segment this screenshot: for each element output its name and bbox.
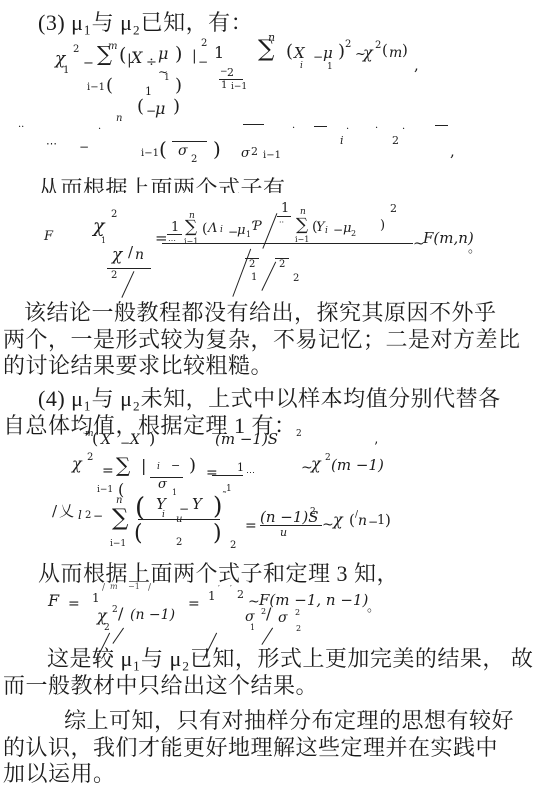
- formula-fragment: 2: [295, 609, 300, 617]
- formula-fragment: 1: [145, 86, 152, 97]
- formula-fragment: /: [52, 504, 57, 519]
- para-summary-line-2: 的认识，我们才能更好地理解这些定理并在实践中: [3, 735, 498, 761]
- formula-fragment: X: [294, 46, 305, 61]
- formula-fragment: (n −1): [130, 608, 175, 622]
- formula-slash: [261, 627, 273, 645]
- formula-fragment: 2: [237, 589, 244, 600]
- formula-fragment: 1: [63, 66, 69, 76]
- formula-fragment: X: [130, 433, 140, 447]
- formula-fragment: −: [198, 56, 208, 68]
- formula-fragment: X: [131, 50, 142, 66]
- formula-bar: [107, 268, 151, 269]
- formula-fragment: 2: [111, 271, 117, 281]
- formula-fragment: χ: [363, 45, 373, 61]
- formula-fragment: −1: [128, 583, 140, 591]
- para-conclusion-line-2: 两个，一是形式较为复杂，不易记忆；二是对方差比: [3, 327, 521, 353]
- formula-fragment: χ: [72, 456, 82, 472]
- formula-fragment: (: [106, 77, 113, 95]
- formula-bar: [243, 124, 264, 125]
- formula-fragment: ): [173, 98, 180, 116]
- formula-fragment: 1: [246, 231, 251, 239]
- formula-fragment: 1: [92, 592, 100, 604]
- formula-fragment: i: [325, 227, 328, 236]
- formula-fragment: Y: [316, 221, 325, 234]
- formula-fragment: ’: [374, 441, 378, 454]
- formula-fragment: 2: [325, 454, 331, 463]
- formula-fragment: 1: [281, 202, 289, 215]
- formula-fragment: −: [120, 437, 130, 449]
- formula-fragment: l: [78, 509, 82, 521]
- formula-fragment: 乂: [59, 504, 74, 519]
- formula-fragment: ′: [230, 585, 232, 593]
- formula-fragment: σ: [241, 147, 250, 160]
- formula-fragment: i−1: [110, 540, 126, 549]
- formula-fragment: (: [202, 222, 207, 236]
- formula-fragment: 2: [227, 67, 234, 78]
- formula-fragment: (: [382, 43, 388, 58]
- formula-bar: [138, 519, 220, 520]
- formula-fragment: X: [101, 433, 111, 447]
- formula-fragment: Ƥ: [253, 220, 262, 233]
- formula-fragment: 2: [191, 155, 197, 165]
- formula-fragment: ,: [450, 144, 455, 159]
- formula-fragment: σ: [158, 478, 167, 491]
- formula-fragment: ~: [248, 595, 260, 609]
- formula-fragment: ): [175, 77, 182, 95]
- formula-fragment: ∑: [112, 507, 128, 530]
- formula-fragment: |: [141, 458, 146, 474]
- formula-fragment: −: [83, 57, 94, 70]
- formula-fragment: ·: [98, 125, 101, 135]
- formula-fragment: n: [116, 114, 122, 124]
- formula-fragment: ): [385, 513, 391, 528]
- formula-fragment: ~: [322, 518, 334, 532]
- formula-fragment: /: [148, 584, 151, 593]
- formula-slash: [121, 271, 134, 298]
- formula-fragment: 1: [237, 462, 244, 473]
- formula-fragment: i: [340, 135, 344, 146]
- formula-fragment: (: [159, 139, 167, 159]
- formula-fragment: n: [358, 514, 367, 528]
- formula-fragment: −: [93, 510, 103, 522]
- formula-fragment: 2: [296, 625, 301, 633]
- formula-fragment: =: [188, 597, 200, 611]
- formula-bar: [150, 477, 183, 478]
- formula-fragment: ·: [292, 124, 295, 134]
- formula-bar: [219, 79, 243, 80]
- formula-fragment: 。: [468, 242, 481, 255]
- formula-fragment: (m −1)S: [215, 432, 278, 447]
- formula-fragment: ): [338, 43, 345, 61]
- formula-fragment: ∑: [296, 217, 308, 234]
- formula-fragment: −: [171, 460, 180, 471]
- formula-bar: [314, 126, 327, 127]
- formula-fragment: i: [157, 463, 160, 472]
- formula-fragment: 2: [111, 210, 117, 220]
- formula-fragment: i−1: [141, 149, 159, 159]
- derivation-line-clipped: 从而根据上面两个式子有，: [38, 177, 383, 193]
- formula-fragment: n: [300, 208, 306, 217]
- formula-fragment: ·: [402, 125, 405, 135]
- formula-fragment: χ: [97, 608, 107, 624]
- formula-fragment: (: [134, 523, 143, 545]
- formula-fragment: F(m −1, n −1): [259, 593, 368, 608]
- formula-fragment: χ: [93, 217, 105, 236]
- formula-fragment: i−1: [263, 151, 281, 161]
- formula-fragment: F(m,n): [423, 231, 474, 246]
- formula-fragment: Y: [192, 497, 202, 512]
- formula-fragment: −: [79, 141, 89, 153]
- formula-fragment: (: [119, 46, 126, 65]
- formula-fragment: F: [44, 230, 53, 243]
- formula-fragment: =: [68, 597, 80, 611]
- formula-fragment: i−1: [87, 83, 105, 93]
- case4-intro-line-1: (4) μ₁与 μ₂未知，上式中以样本均值分别代替各: [38, 386, 501, 412]
- formula-fragment: ,: [414, 58, 419, 73]
- formula-fragment: ′: [218, 585, 220, 593]
- formula-fragment: 1: [250, 624, 255, 632]
- para-summary-line-3: 加以运用。: [3, 761, 116, 787]
- formula-fragment: ⋯: [246, 469, 255, 478]
- formula-fragment: /: [102, 584, 105, 593]
- formula-fragment: 2: [279, 260, 285, 270]
- formula-fragment: ): [402, 43, 408, 58]
- formula-fragment: /: [128, 245, 133, 260]
- formula-fragment: σ: [245, 610, 255, 624]
- formula-fragment: 2: [251, 146, 258, 157]
- formula-fragment: 2: [375, 41, 381, 51]
- formula-fragment: (: [286, 43, 293, 61]
- formula-fragment: 1: [221, 81, 227, 91]
- formula-bar: [435, 125, 448, 126]
- para-conclusion-line-3: 的讨论结果要求比较粗糙。: [3, 353, 273, 379]
- formula-fragment: 2: [293, 274, 299, 284]
- formula-fragment: ˜: [222, 492, 227, 502]
- formula-fragment: 1: [208, 590, 216, 602]
- formula-fragment: m: [110, 583, 118, 591]
- formula-fragment: =: [206, 466, 218, 480]
- formula-fragment: 。: [367, 601, 380, 614]
- formula-fragment: u: [280, 527, 287, 538]
- formula-fragment: 1: [164, 74, 170, 83]
- formula-fragment: μ: [158, 46, 168, 62]
- formula-fragment: m: [108, 42, 117, 52]
- formula-bar: [167, 234, 182, 235]
- formula-fragment: F: [48, 593, 59, 609]
- formula-fragment: χ: [311, 456, 321, 472]
- formula-fragment: ·: [346, 125, 349, 135]
- formula-fragment: ·: [375, 124, 378, 134]
- formula-fragment: 2: [176, 538, 182, 548]
- formula-fragment: 2: [390, 203, 397, 214]
- derivation-line-text: 从而根据上面两个式子有，: [38, 177, 383, 193]
- formula-fragment: 2: [87, 453, 93, 463]
- formula-slash: [232, 248, 251, 296]
- formula-fragment: 2: [230, 541, 236, 551]
- formula-fragment: 2: [351, 230, 356, 238]
- formula-fragment: 1: [172, 489, 177, 497]
- formula-fragment: ): [380, 219, 385, 232]
- formula-fragment: σ: [178, 144, 188, 158]
- formula-fragment: ··: [18, 123, 24, 133]
- formula-fragment: ): [213, 494, 222, 518]
- formula-bar: [212, 475, 243, 476]
- case3-heading: (3) μ₁与 μ₂已知，有：: [38, 10, 253, 36]
- formula-slash: [261, 261, 276, 291]
- formula-fragment: i: [220, 226, 223, 235]
- formula-fragment: ∑: [185, 219, 197, 236]
- formula-fragment: Λ: [208, 222, 217, 235]
- formula-fragment: 1: [171, 221, 179, 234]
- formula-fragment: =: [245, 519, 257, 533]
- formula-fragment: ): [149, 431, 155, 447]
- para-perfect-line-2: 而一般教材中只给出这个结果。: [3, 673, 318, 699]
- formula-fragment: (: [137, 98, 144, 116]
- formula-fragment: μ: [155, 101, 165, 117]
- formula-fragment: 2: [296, 430, 302, 439]
- formula-fragment: 2: [85, 511, 91, 521]
- formula-bar: [275, 258, 289, 259]
- formula-fragment: (m −1): [331, 458, 384, 473]
- formula-fragment: ··: [279, 219, 284, 227]
- formula-fragment: 2: [392, 135, 399, 146]
- formula-fragment: μ: [323, 46, 333, 61]
- formula-fragment: μ: [237, 224, 245, 237]
- formula-fragment: 2: [112, 606, 118, 615]
- formula-fragment: ): [175, 45, 182, 64]
- formula-fragment: 1: [327, 63, 333, 72]
- formula-bar: [162, 243, 413, 244]
- formula-fragment: n: [268, 32, 275, 43]
- formula-fragment: (: [135, 495, 145, 521]
- formula-fragment: i−1: [97, 486, 113, 495]
- formula-fragment: i: [300, 62, 303, 71]
- para-perfect-line-1: 这是较 μ₁与 μ₂已知，形式上更加完美的结果， 故: [47, 646, 533, 672]
- formula-bar: [260, 525, 322, 526]
- formula-fragment: ⋯: [46, 138, 57, 149]
- formula-fragment: m: [389, 46, 402, 60]
- formula-fragment: 2: [201, 39, 207, 49]
- formula-fragment: 2: [73, 45, 79, 55]
- formula-fragment: 2: [249, 260, 255, 270]
- formula-fragment: 2: [310, 508, 316, 517]
- formula-fragment: ∑: [116, 455, 130, 475]
- formula-fragment: i−1: [184, 238, 198, 246]
- formula-fragment: ): [189, 457, 196, 475]
- formula-bar: [172, 141, 207, 142]
- para-summary-line-1: 综上可知，只有对抽样分布定理的思想有较好: [64, 708, 514, 734]
- formula-fragment: (: [349, 513, 355, 528]
- formula-fragment: 1: [101, 237, 106, 245]
- formula-fragment: /: [266, 606, 271, 622]
- formula-fragment: n: [135, 248, 144, 262]
- formula-fragment: /: [118, 606, 123, 622]
- formula-bar: [277, 216, 291, 217]
- formula-fragment: σ: [278, 611, 288, 625]
- formula-fragment: ): [213, 523, 222, 545]
- formula-fragment: ÷: [146, 56, 157, 69]
- formula-fragment: 1: [251, 273, 257, 283]
- formula-fragment: i−1: [231, 83, 247, 92]
- formula-fragment: (: [92, 431, 98, 447]
- formula-fragment: 2: [345, 40, 351, 50]
- formula-fragment: |: [192, 49, 197, 63]
- document-page: (3) μ₁与 μ₂已知，有： 从而根据上面两个式子有， 该结论一般教程都没有给…: [0, 0, 548, 793]
- formula-fragment: n: [189, 212, 195, 221]
- para-conclusion-line-1: 该结论一般教程都没有给出，探究其原因不外乎: [24, 300, 497, 326]
- formula-fragment: ): [213, 139, 221, 159]
- formula-fragment: 1: [214, 45, 224, 61]
- formula-fragment: =: [102, 464, 114, 478]
- formula-fragment: −: [313, 51, 323, 63]
- formula-fragment: χ: [333, 512, 343, 528]
- formula-fragment: −: [333, 224, 343, 236]
- formula-slash: [112, 627, 124, 644]
- formula-fragment: χ: [112, 247, 122, 264]
